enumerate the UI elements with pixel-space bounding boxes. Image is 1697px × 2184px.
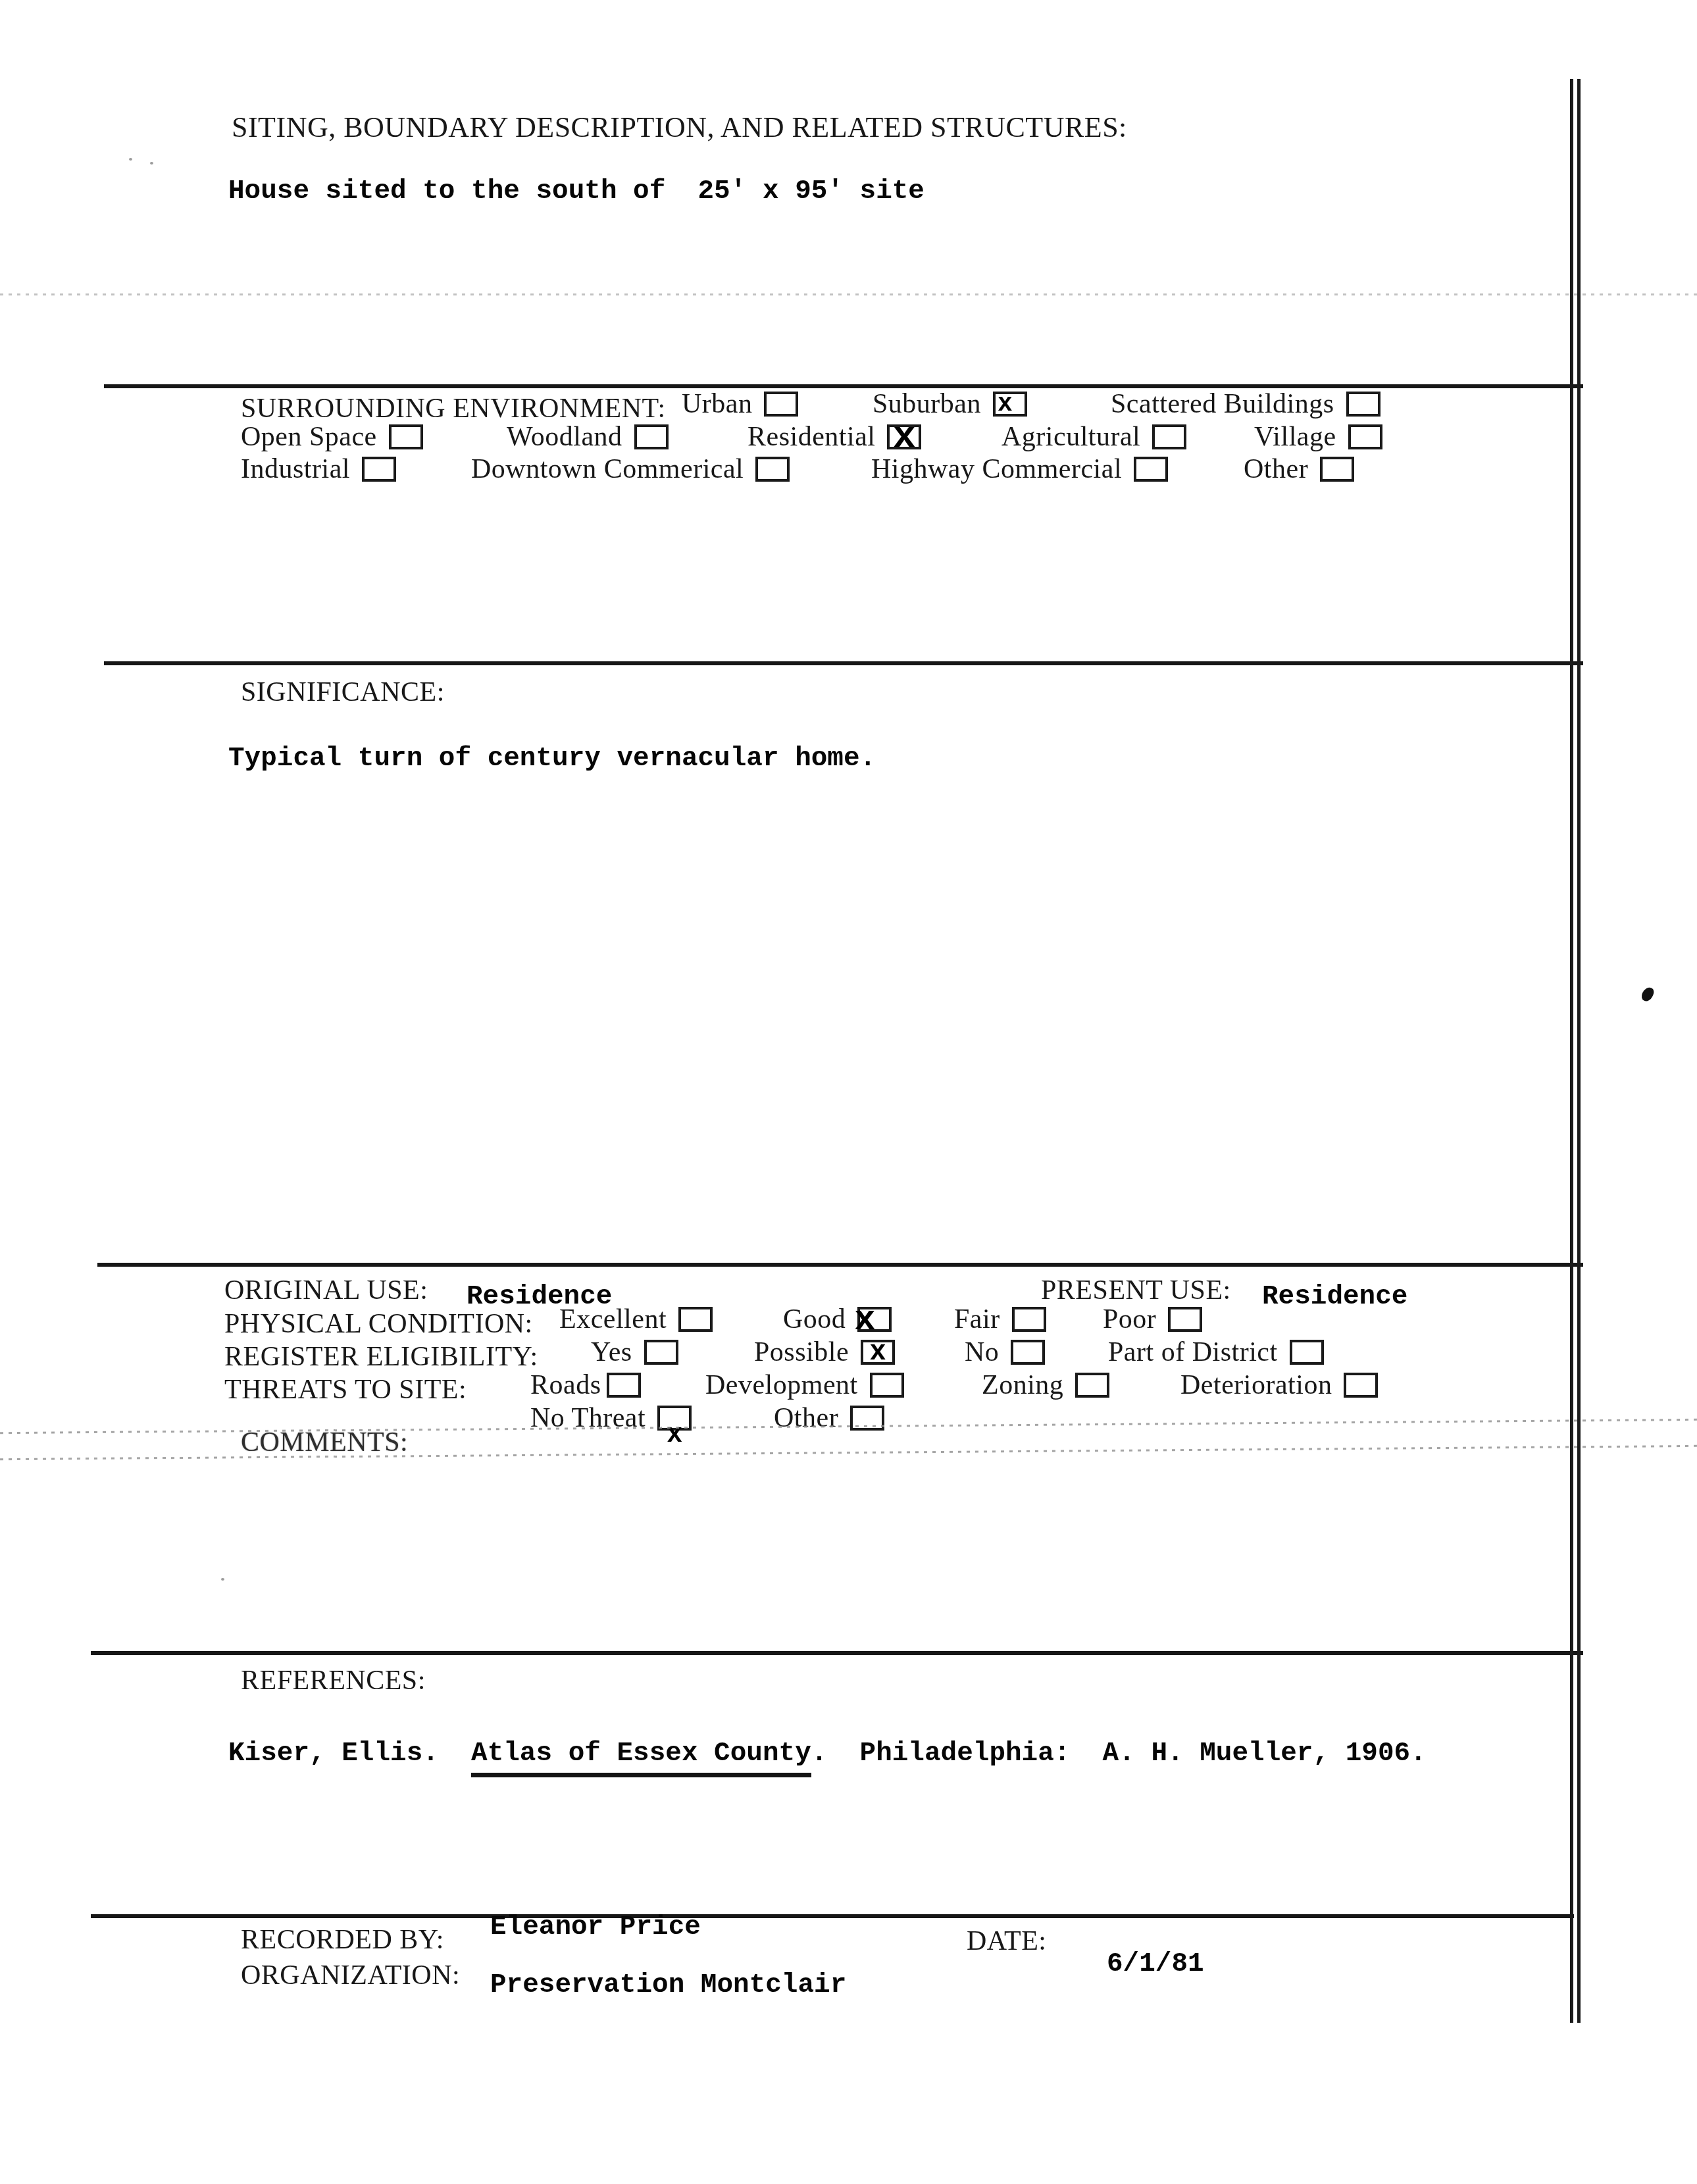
field-village-label: Village <box>1254 421 1336 453</box>
development-checkbox[interactable] <box>870 1373 904 1398</box>
fair-checkbox[interactable] <box>1012 1307 1046 1332</box>
comments-heading: COMMENTS: <box>241 1427 408 1458</box>
significance-value: Typical turn of century vernacular home. <box>228 744 876 774</box>
poor-checkbox[interactable] <box>1168 1307 1202 1332</box>
field-good-label: Good <box>783 1304 846 1335</box>
field-urban: Urban <box>682 388 798 420</box>
field-deterioration: Deterioration <box>1180 1369 1378 1401</box>
siting-section-heading: SITING, BOUNDARY DESCRIPTION, AND RELATE… <box>232 111 1127 144</box>
field-no: No <box>965 1336 1045 1368</box>
physical-condition-label: PHYSICAL CONDITION: <box>224 1308 533 1340</box>
field-good: Good <box>783 1304 892 1335</box>
historic-survey-form-page: SITING, BOUNDARY DESCRIPTION, AND RELATE… <box>0 0 1697 2184</box>
field-roads: Roads <box>530 1369 641 1401</box>
field-part-of-district: Part of District <box>1108 1336 1324 1368</box>
field-industrial-label: Industrial <box>241 453 350 485</box>
open-space-checkbox[interactable] <box>389 424 423 449</box>
field-suburban-label: Suburban <box>873 388 981 420</box>
field-excellent: Excellent <box>559 1304 713 1335</box>
field-development: Development <box>705 1369 904 1401</box>
citation-title-underlined: Atlas of Essex County <box>471 1739 811 1777</box>
environment-other-checkbox[interactable] <box>1320 457 1354 482</box>
field-threat-other: Other <box>774 1402 884 1434</box>
field-highway-commercial: Highway Commercial <box>871 453 1168 485</box>
scan-artifact-dotted-line <box>0 293 1697 295</box>
siting-value: House sited to the south of 25' x 95' si… <box>228 176 924 207</box>
good-checkbox[interactable] <box>857 1307 892 1332</box>
citation-prefix: Kiser, Ellis. <box>228 1739 471 1769</box>
field-possible-label: Possible <box>754 1336 849 1368</box>
field-downtown-commercial-label: Downtown Commerical <box>471 453 744 485</box>
residential-checkbox[interactable] <box>887 424 921 449</box>
field-woodland: Woodland <box>507 421 669 453</box>
agricultural-checkbox[interactable] <box>1152 424 1186 449</box>
field-scattered-buildings-label: Scattered Buildings <box>1111 388 1334 420</box>
village-checkbox[interactable] <box>1348 424 1382 449</box>
section-divider <box>91 1651 1583 1655</box>
scan-speck <box>150 162 153 165</box>
significance-heading: SIGNIFICANCE: <box>241 676 445 708</box>
field-poor-label: Poor <box>1103 1304 1156 1335</box>
field-highway-commercial-label: Highway Commercial <box>871 453 1122 485</box>
field-no-label: No <box>965 1336 999 1368</box>
section-divider <box>91 1914 1574 1918</box>
field-urban-label: Urban <box>682 388 752 420</box>
field-poor: Poor <box>1103 1304 1202 1335</box>
field-fair-label: Fair <box>954 1304 1000 1335</box>
recorded-by-label: RECORDED BY: <box>241 1924 444 1956</box>
register-eligibility-label: REGISTER ELIGIBILITY: <box>224 1341 538 1373</box>
references-heading: REFERENCES: <box>241 1665 426 1696</box>
field-scattered-buildings: Scattered Buildings <box>1111 388 1380 420</box>
field-agricultural-label: Agricultural <box>1001 421 1140 453</box>
field-threat-other-label: Other <box>774 1402 838 1434</box>
field-excellent-label: Excellent <box>559 1304 667 1335</box>
section-divider <box>104 661 1583 665</box>
citation-suffix: . Philadelphia: A. H. Mueller, 1906. <box>811 1739 1427 1769</box>
field-deterioration-label: Deterioration <box>1180 1369 1332 1401</box>
page-edge-double-rule <box>1570 79 1581 2023</box>
surrounding-environment-heading: SURROUNDING ENVIRONMENT: <box>241 393 666 424</box>
scattered-buildings-checkbox[interactable] <box>1346 392 1380 417</box>
deterioration-checkbox[interactable] <box>1344 1373 1378 1398</box>
field-downtown-commercial: Downtown Commerical <box>471 453 790 485</box>
field-environment-other-label: Other <box>1244 453 1308 485</box>
field-agricultural: Agricultural <box>1001 421 1186 453</box>
field-open-space: Open Space <box>241 421 423 453</box>
industrial-checkbox[interactable] <box>362 457 396 482</box>
scan-speck <box>129 158 132 161</box>
scan-speck <box>221 1578 224 1581</box>
field-industrial: Industrial <box>241 453 396 485</box>
field-zoning: Zoning <box>982 1369 1109 1401</box>
ink-blot-artifact <box>1640 986 1656 1003</box>
present-use-label: PRESENT USE: <box>1041 1275 1231 1306</box>
roads-checkbox[interactable] <box>607 1373 641 1398</box>
organization-value: Preservation Montclair <box>490 1970 846 2000</box>
zoning-checkbox[interactable] <box>1075 1373 1109 1398</box>
field-village: Village <box>1254 421 1382 453</box>
present-use-value: Residence <box>1262 1282 1407 1312</box>
organization-label: ORGANIZATION: <box>241 1960 460 1991</box>
highway-commercial-checkbox[interactable] <box>1134 457 1168 482</box>
field-part-of-district-label: Part of District <box>1108 1336 1278 1368</box>
field-woodland-label: Woodland <box>507 421 622 453</box>
possible-checkbox[interactable] <box>861 1340 895 1365</box>
field-open-space-label: Open Space <box>241 421 377 453</box>
suburban-checkbox[interactable] <box>993 392 1027 417</box>
field-residential: Residential <box>747 421 921 453</box>
field-environment-other: Other <box>1244 453 1354 485</box>
woodland-checkbox[interactable] <box>634 424 669 449</box>
date-value: 6/1/81 <box>1107 1949 1204 1979</box>
field-possible: Possible <box>754 1336 895 1368</box>
field-residential-label: Residential <box>747 421 875 453</box>
field-fair: Fair <box>954 1304 1046 1335</box>
urban-checkbox[interactable] <box>764 392 798 417</box>
yes-checkbox[interactable] <box>644 1340 678 1365</box>
no-checkbox[interactable] <box>1011 1340 1045 1365</box>
part-of-district-checkbox[interactable] <box>1290 1340 1324 1365</box>
original-use-label: ORIGINAL USE: <box>224 1275 428 1306</box>
date-label: DATE: <box>967 1925 1047 1957</box>
reference-citation: Kiser, Ellis. Atlas of Essex County. Phi… <box>228 1739 1427 1777</box>
field-yes-label: Yes <box>591 1336 632 1368</box>
excellent-checkbox[interactable] <box>678 1307 713 1332</box>
recorded-by-value: Eleanor Price <box>490 1912 701 1943</box>
field-development-label: Development <box>705 1369 858 1401</box>
threats-to-site-label: THREATS TO SITE: <box>224 1374 467 1406</box>
field-roads-label: Roads <box>530 1369 601 1401</box>
downtown-commercial-checkbox[interactable] <box>755 457 790 482</box>
field-zoning-label: Zoning <box>982 1369 1063 1401</box>
field-yes: Yes <box>591 1336 678 1368</box>
section-divider <box>97 1263 1583 1267</box>
